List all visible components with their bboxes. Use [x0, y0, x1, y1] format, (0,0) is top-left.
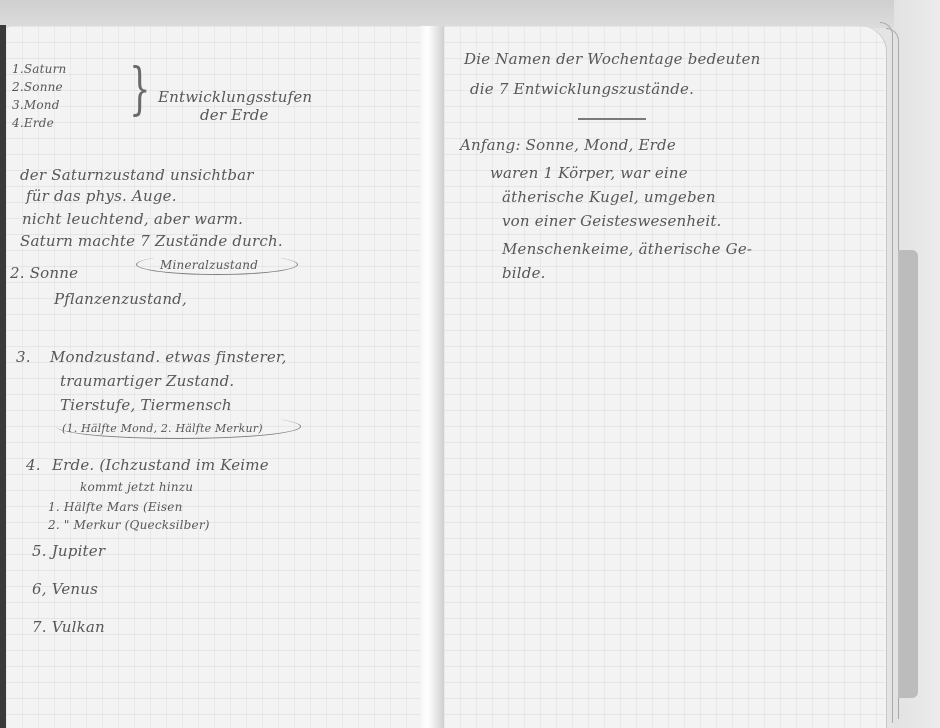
right-page [444, 26, 886, 728]
text-line: nicht leuchtend, aber warm. [22, 210, 243, 228]
text-line: 2. " Merkur (Quecksilber) [48, 516, 210, 534]
text-line: waren 1 Körper, war eine [490, 164, 688, 182]
text-line: die 7 Entwicklungszustände. [470, 80, 694, 98]
text-line: Tierstufe, Tiermensch [60, 396, 232, 414]
text-line: von einer Geisteswesenheit. [502, 212, 722, 230]
text-line: Pflanzenzustand, [54, 290, 187, 308]
list-number: 4. [26, 456, 41, 474]
background-top [0, 0, 940, 28]
text-line: Menschenkeime, ätherische Ge- [502, 240, 752, 258]
brace: } [129, 62, 150, 118]
text-line: Mondzustand. etwas finsterer, [50, 348, 287, 366]
brace-note: der Erde [200, 106, 269, 124]
text-line: Anfang: Sonne, Mond, Erde [460, 136, 676, 154]
text-line: kommt jetzt hinzu [80, 478, 193, 496]
insert-bracket [136, 254, 298, 275]
brace-note: Entwicklungsstufen [158, 88, 312, 106]
list-item: 2.Sonne [12, 78, 63, 96]
text-line: 1. Hälfte Mars (Eisen [48, 498, 183, 516]
text-line: ätherische Kugel, umgeben [502, 188, 716, 206]
separator [578, 118, 646, 120]
text-line: Saturn machte 7 Zustände durch. [20, 232, 283, 250]
list-item: 7. Vulkan [32, 618, 105, 636]
cover-flap [898, 250, 918, 698]
text-line: der Saturnzustand unsichtbar [20, 166, 254, 184]
underline-loop [56, 414, 301, 439]
list-number: 3. [16, 348, 31, 366]
list-item: 3.Mond [12, 96, 60, 114]
list-item: 2. Sonne [10, 264, 78, 282]
text-line: Erde. (Ichzustand im Keime [52, 456, 269, 474]
list-item: 4.Erde [12, 114, 54, 132]
notebook-gutter [420, 26, 444, 728]
list-item: 6, Venus [32, 580, 98, 598]
text-line: Die Namen der Wochentage bedeuten [464, 50, 761, 68]
list-item: 5. Jupiter [32, 542, 105, 560]
text-line: bilde. [502, 264, 546, 282]
text-line: traumartiger Zustand. [60, 372, 234, 390]
list-item: 1.Saturn [12, 60, 66, 78]
text-line: für das phys. Auge. [26, 187, 177, 205]
